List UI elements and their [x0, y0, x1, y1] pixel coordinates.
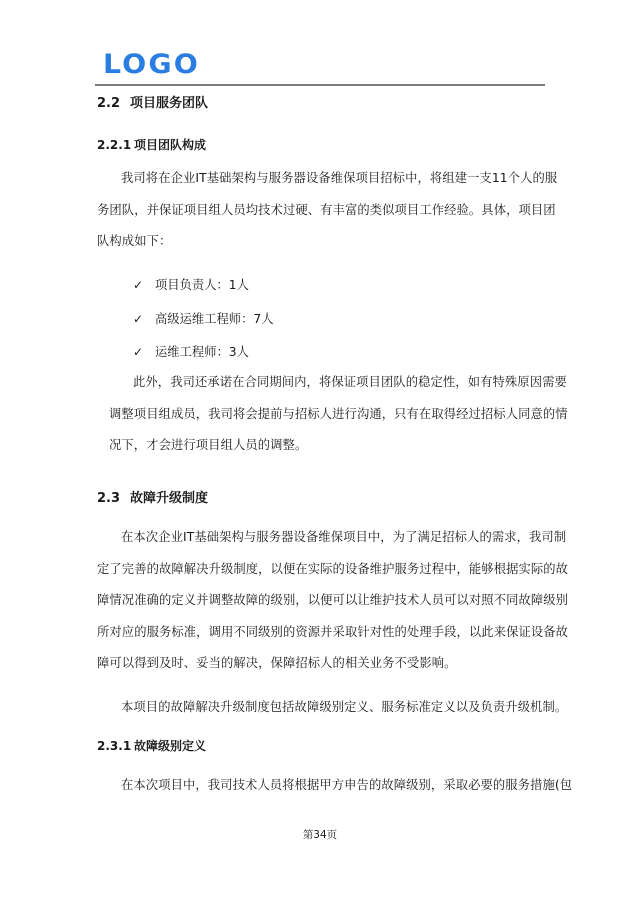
- text-line: 障可以得到及时、妥当的解决，保障招标人的相关业务不受影响。: [97, 648, 543, 680]
- section-title: 故障级别定义: [134, 739, 206, 753]
- text-line: 队构成如下：: [97, 226, 543, 258]
- team-list-item: ✓高级运维工程师：7人: [133, 310, 274, 328]
- checkmark-icon: ✓: [133, 310, 155, 328]
- section-number: 2.2.1: [97, 136, 134, 154]
- text-line: 调整项目组成员，我司将会提前与招标人进行沟通，只有在取得经过招标人同意的情: [97, 399, 543, 431]
- header-divider: [95, 84, 545, 86]
- text-line: 我司将在企业IT基础架构与服务器设备维保项目招标中，将组建一支11个人的服: [97, 163, 543, 195]
- text-line: 此外，我司还承诺在合同期间内，将保证项目团队的稳定性，如有特殊原因需要: [97, 367, 543, 399]
- text-line: 定了完善的故障解决升级制度，以便在实际的设备维护服务过程中，能够根据实际的故: [97, 554, 543, 586]
- heading-2-3: 2.3故障升级制度: [97, 490, 208, 508]
- list-item-text: 运维工程师：3人: [155, 345, 249, 359]
- section-number: 2.3.1: [97, 737, 134, 755]
- text-line: 务团队，并保证项目组人员均技术过硬、有丰富的类似项目工作经验。具体，项目团: [97, 195, 543, 227]
- section-title: 项目团队构成: [134, 138, 206, 152]
- level-definition-paragraph: 在本次项目中，我司技术人员将根据甲方申告的故障级别，采取必要的服务措施(包: [97, 770, 543, 802]
- text-line: 所对应的服务标准，调用不同级别的资源并采取针对性的处理手段，以此来保证设备故: [97, 617, 543, 649]
- team-stability-paragraph: 此外，我司还承诺在合同期间内，将保证项目团队的稳定性，如有特殊原因需要 调整项目…: [97, 367, 543, 462]
- text-line: 在本次项目中，我司技术人员将根据甲方申告的故障级别，采取必要的服务措施(包: [97, 770, 543, 802]
- escalation-intro-paragraph: 在本次企业IT基础架构与服务器设备维保项目中，为了满足招标人的需求，我司制 定了…: [97, 522, 543, 680]
- section-title: 故障升级制度: [130, 491, 208, 506]
- heading-2-2: 2.2项目服务团队: [97, 95, 208, 113]
- escalation-scope-paragraph: 本项目的故障解决升级制度包括故障级别定义、服务标准定义以及负责升级机制。: [97, 692, 543, 724]
- text-line: 障情况准确的定义并调整故障的级别，以便可以让维护技术人员可以对照不同故障级别: [97, 585, 543, 617]
- heading-2-3-1: 2.3.1故障级别定义: [97, 737, 206, 755]
- team-intro-paragraph: 我司将在企业IT基础架构与服务器设备维保项目招标中，将组建一支11个人的服 务团…: [97, 163, 543, 258]
- text-line: 况下，才会进行项目组人员的调整。: [97, 430, 543, 462]
- section-number: 2.2: [97, 95, 130, 113]
- list-item-text: 项目负责人：1人: [155, 278, 249, 292]
- checkmark-icon: ✓: [133, 276, 155, 294]
- company-logo: LOGO: [103, 50, 200, 80]
- text-line: 本项目的故障解决升级制度包括故障级别定义、服务标准定义以及负责升级机制。: [97, 692, 543, 724]
- checkmark-icon: ✓: [133, 343, 155, 361]
- team-list-item: ✓运维工程师：3人: [133, 343, 249, 361]
- section-number: 2.3: [97, 490, 130, 508]
- heading-2-2-1: 2.2.1项目团队构成: [97, 136, 206, 154]
- list-item-text: 高级运维工程师：7人: [155, 312, 274, 326]
- page-number: 第34页: [0, 828, 640, 842]
- team-list-item: ✓项目负责人：1人: [133, 276, 249, 294]
- section-title: 项目服务团队: [130, 96, 208, 111]
- text-line: 在本次企业IT基础架构与服务器设备维保项目中，为了满足招标人的需求，我司制: [97, 522, 543, 554]
